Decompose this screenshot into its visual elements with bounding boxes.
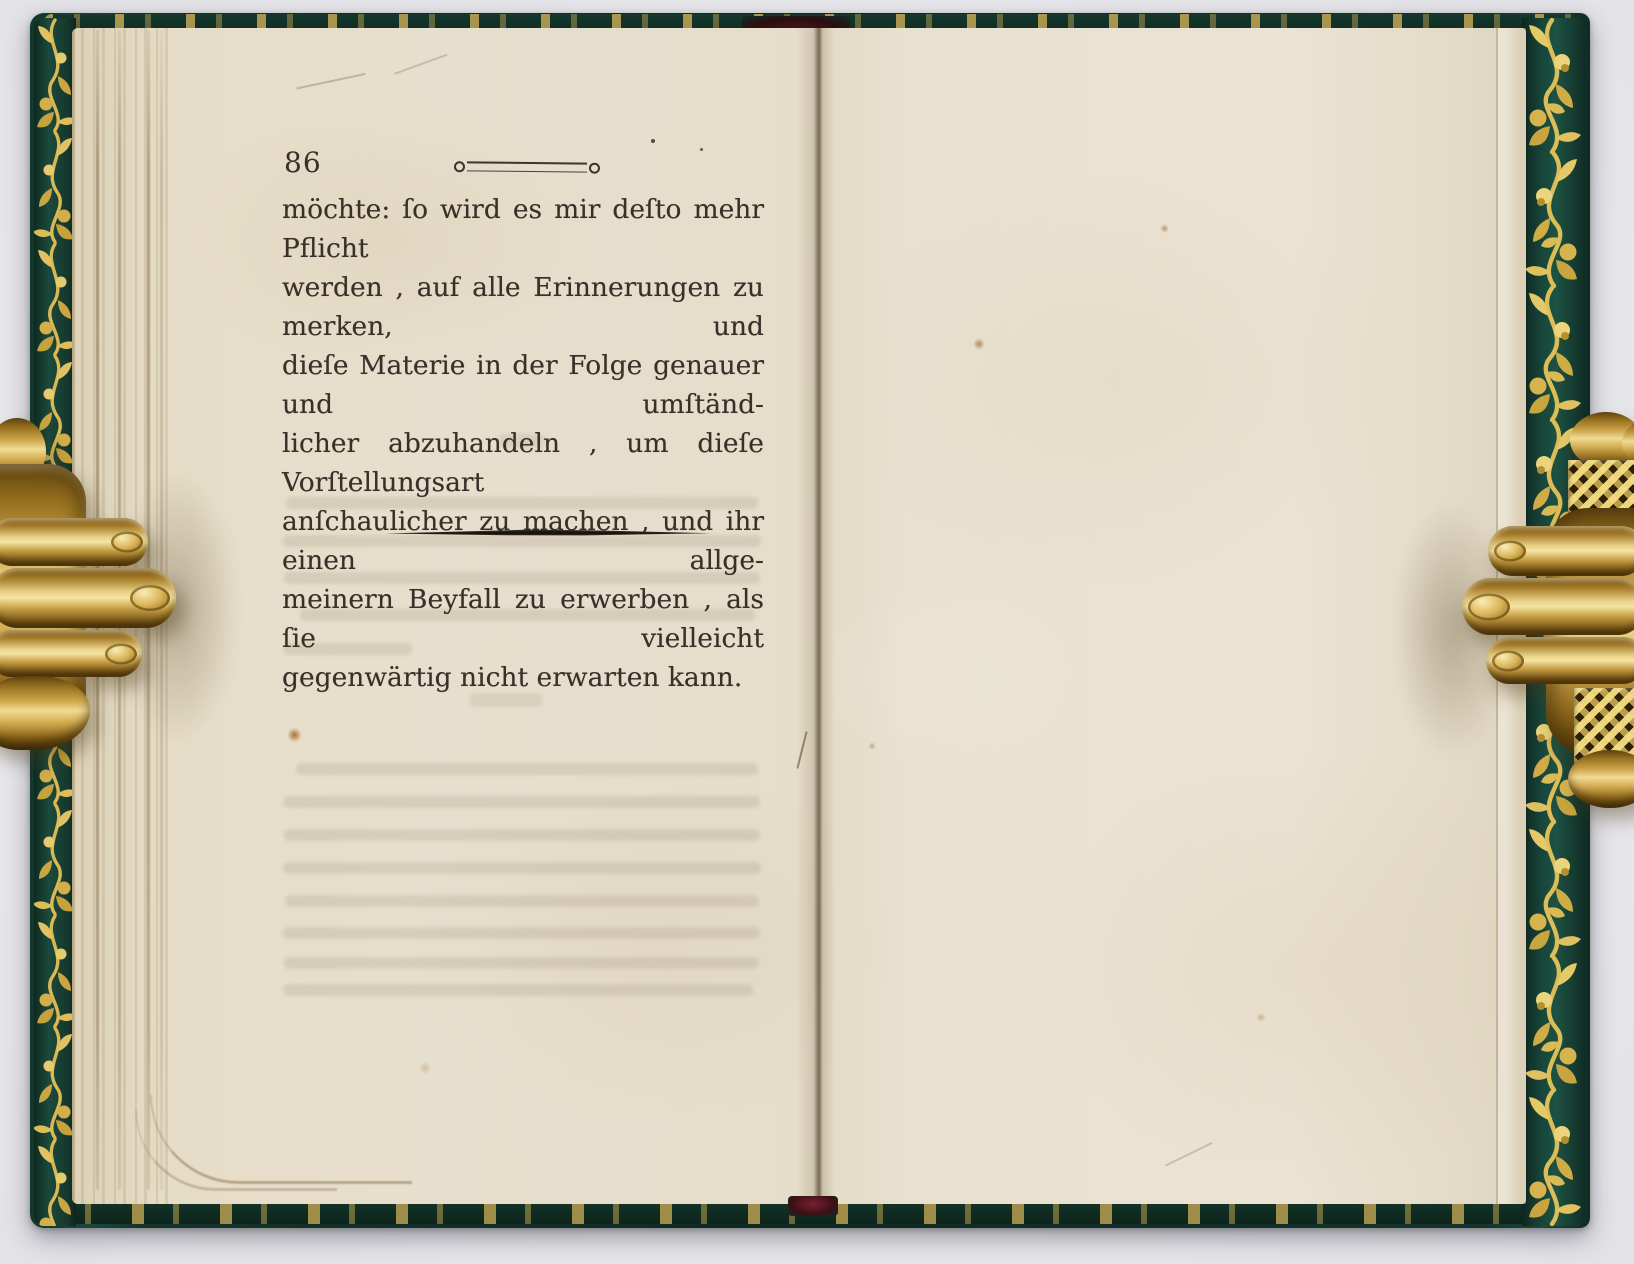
header-ornament-icon xyxy=(454,159,600,175)
fingernail xyxy=(1468,593,1510,620)
clasp-finger xyxy=(0,568,176,628)
fingernail xyxy=(130,585,170,611)
fingernail xyxy=(111,532,143,553)
text-line: gegenwärtig nicht erwarten kann. xyxy=(282,658,764,697)
photo-of-open-book: 86 möchte: ſo wird es mir deſto mehr Pfl… xyxy=(0,0,1634,1264)
fingernail xyxy=(1492,650,1524,671)
clasp-finger xyxy=(0,630,142,677)
right-page xyxy=(850,60,1470,1160)
text-line: werden , auf alle Erinnerungen zu merken… xyxy=(282,268,764,346)
section-divider-rule xyxy=(385,524,711,536)
text-line: möchte: ſo wird es mir deſto mehr Pflich… xyxy=(282,190,764,268)
left-clasp xyxy=(0,412,180,762)
clasp-knob xyxy=(1568,750,1634,808)
ornament-ring-icon xyxy=(589,162,600,173)
clasp-finger xyxy=(1488,526,1634,576)
clasp-finger xyxy=(1462,578,1634,635)
text-line: meinern Beyfall zu erwerben , als ſie vi… xyxy=(282,580,764,658)
fingernail xyxy=(105,643,137,664)
fingernail xyxy=(1494,541,1526,562)
text-line: dieſe Materie in der Folge genauer und u… xyxy=(282,346,764,424)
right-clasp xyxy=(1456,414,1634,814)
ornament-double-rule xyxy=(467,161,587,172)
page-number: 86 xyxy=(284,146,322,179)
clasp-thumb xyxy=(0,676,90,750)
text-line: anſchaulicher zu machen , und ihr einen … xyxy=(282,502,764,580)
text-line: licher abzuhandeln , um dieſe Vorſtellun… xyxy=(282,424,764,502)
paragraph: möchte: ſo wird es mir deſto mehr Pflich… xyxy=(282,190,764,697)
ornament-ring-icon xyxy=(454,161,465,172)
gutter-fold xyxy=(796,28,842,1204)
tapered-rule-icon xyxy=(385,527,711,539)
clasp-finger xyxy=(0,518,148,566)
clasp-finger xyxy=(1486,637,1634,684)
tailband xyxy=(788,1196,838,1216)
